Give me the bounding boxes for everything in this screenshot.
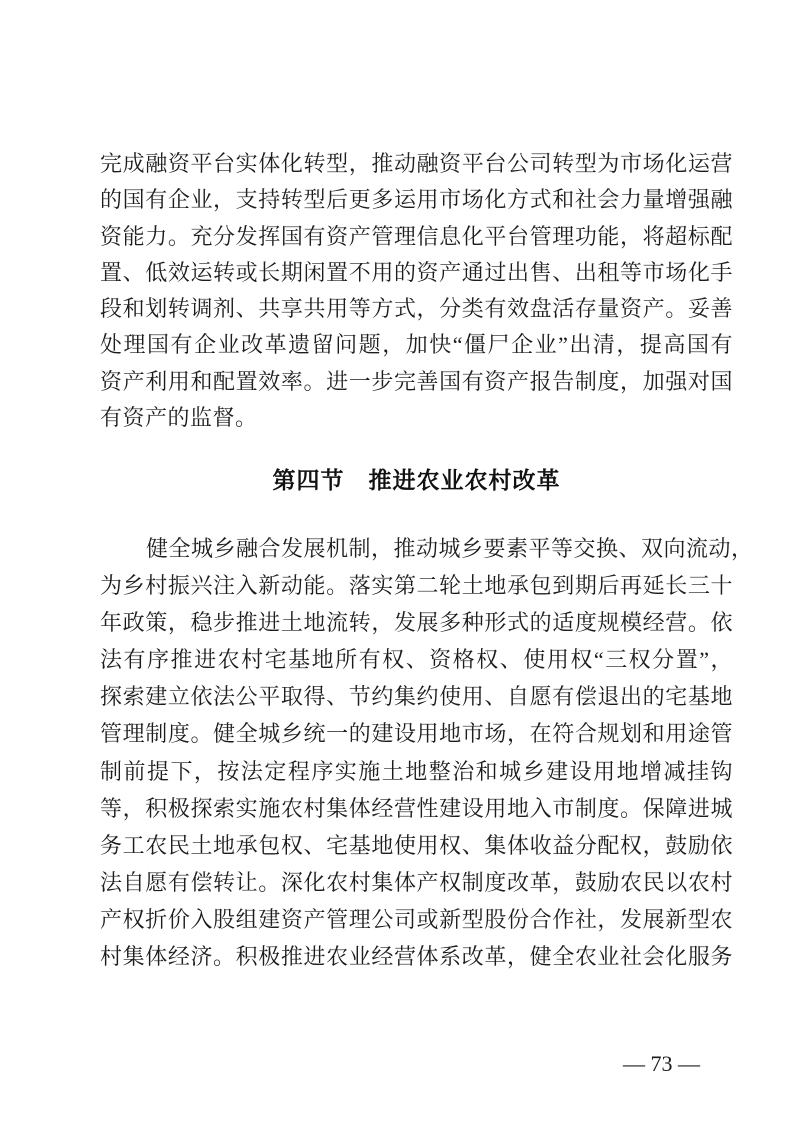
text-line: 探索建立依法公平取得、节约集约使用、自愿有偿退出的宅基地 [100, 678, 733, 715]
text-line: 段和划转调剂、共享共用等方式，分类有效盘活存量资产。妥善 [100, 291, 733, 327]
text-line: 等，积极探索实施农村集体经营性建设用地入市制度。保障进城 [100, 790, 733, 827]
text-line: 有资产的监督。 [100, 400, 733, 436]
document-page: 完成融资平台实体化转型，推动融资平台公司转型为市场化运营 的国有企业，支持转型后… [0, 0, 793, 1122]
text-line: 年政策，稳步推进土地流转，发展多种形式的适度规模经营。依 [100, 604, 733, 641]
text-line: 健全城乡融合发展机制，推动城乡要素平等交换、双向流动， [100, 530, 733, 567]
text-line: 管理制度。健全城乡统一的建设用地市场，在符合规划和用途管 [100, 715, 733, 752]
text-line: 产权折价入股组建资产管理公司或新型股份合作社，发展新型农 [100, 901, 733, 938]
text-line: 村集体经济。积极推进农业经营体系改革，健全农业社会化服务 [100, 938, 733, 975]
text-line: 完成融资平台实体化转型，推动融资平台公司转型为市场化运营 [100, 146, 733, 182]
text-line: 务工农民土地承包权、宅基地使用权、集体收益分配权，鼓励依 [100, 827, 733, 864]
text-line: 法有序推进农村宅基地所有权、资格权、使用权“三权分置”， [100, 641, 733, 678]
text-line: 的国有企业，支持转型后更多运用市场化方式和社会力量增强融 [100, 182, 733, 218]
page-number: — 73 — [623, 1051, 700, 1077]
text-line: 置、低效运转或长期闲置不用的资产通过出售、出租等市场化手 [100, 255, 733, 291]
text-line: 资能力。充分发挥国有资产管理信息化平台管理功能，将超标配 [100, 219, 733, 255]
paragraph-rural-reform: 健全城乡融合发展机制，推动城乡要素平等交换、双向流动， 为乡村振兴注入新动能。落… [100, 530, 733, 975]
text-line: 资产利用和配置效率。进一步完善国有资产报告制度，加强对国 [100, 364, 733, 400]
paragraph-state-assets-reform: 完成融资平台实体化转型，推动融资平台公司转型为市场化运营 的国有企业，支持转型后… [100, 146, 733, 436]
text-line: 处理国有企业改革遗留问题，加快“僵尸企业”出清，提高国有 [100, 327, 733, 363]
text-line: 为乡村振兴注入新动能。落实第二轮土地承包到期后再延长三十 [100, 567, 733, 604]
section-heading: 第四节 推进农业农村改革 [100, 464, 733, 498]
text-line: 制前提下，按法定程序实施土地整治和城乡建设用地增减挂钩 [100, 753, 733, 790]
text-line: 法自愿有偿转让。深化农村集体产权制度改革，鼓励农民以农村 [100, 864, 733, 901]
